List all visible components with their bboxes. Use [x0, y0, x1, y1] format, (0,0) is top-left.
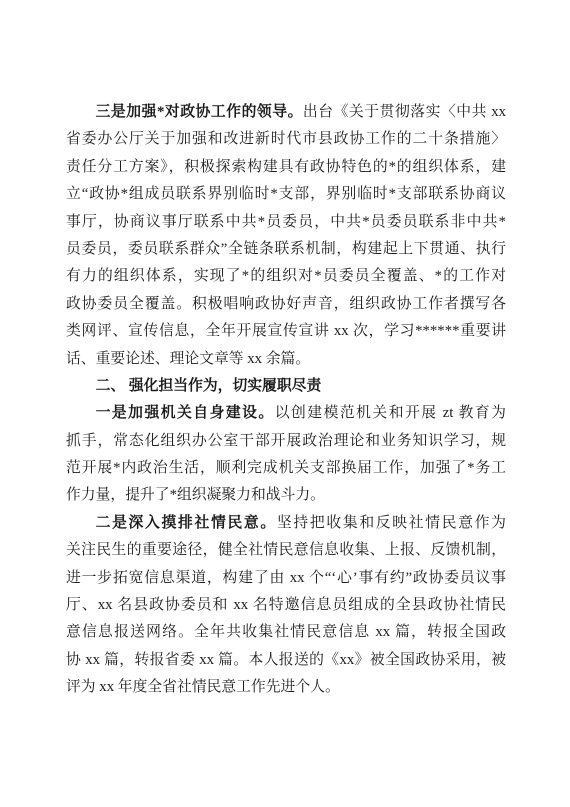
- text-line: 作力量，提升了*组织凝聚力和战斗力。: [66, 482, 506, 509]
- text-line: 事厅，协商议事厅联系中共*员委员，中共*员委员联系非中共*: [66, 209, 506, 236]
- lead-in-text: 三是加强*对政协工作的领导。: [96, 104, 303, 120]
- text-line: 抓手，常态化组织办公室干部开展政治理论和业务知识学习，规: [66, 428, 506, 455]
- lead-in-text: 二、 强化担当作为，切实履职尽责: [96, 378, 322, 394]
- document-page: 三是加强*对政协工作的领导。出台《关于贯彻落实〈中共 xx省委办公厅关于加强和改…: [0, 0, 570, 807]
- text-line: 范开展*内政治生活，顺利完成机关支部换届工作，加强了*务工: [66, 455, 506, 482]
- text-line: 类网评、宣传信息，全年开展宣传宣讲 xx 次，学习******重要讲: [66, 318, 506, 345]
- text-line: 评为 xx 年度全省社情民意工作先进个人。: [66, 674, 506, 701]
- body-text: 范开展*内政治生活，顺利完成机关支部换届工作，加强了*务工: [66, 460, 506, 476]
- text-line: 进一步拓宽信息渠道，构建了由 xx 个“‘心’事有约”政协委员议事: [66, 565, 506, 592]
- text-line: 协 xx 篇，转报省委 xx 篇。本人报送的《xx》被全国政协采用，被: [66, 647, 506, 674]
- text-line: 二是深入摸排社情民意。坚持把收集和反映社情民意作为: [66, 510, 506, 537]
- body-text: 责任分工方案》，积极探索构建具有政协特色的*的组织体系，建: [66, 159, 506, 175]
- body-text: 评为 xx 年度全省社情民意工作先进个人。: [66, 679, 340, 695]
- body-text: 作力量，提升了*组织凝聚力和战斗力。: [66, 487, 325, 503]
- body-text: 出台《关于贯彻落实〈中共 xx: [303, 104, 506, 120]
- body-text: 话、重要论述、理论文章等 xx 余篇。: [66, 351, 310, 367]
- text-line: 三是加强*对政协工作的领导。出台《关于贯彻落实〈中共 xx: [66, 99, 506, 126]
- body-text: 坚持把收集和反映社情民意作为: [277, 515, 506, 531]
- body-text: 协 xx 篇，转报省委 xx 篇。本人报送的《xx》被全国政协采用，被: [66, 652, 506, 668]
- text-line: 话、重要论述、理论文章等 xx 余篇。: [66, 346, 506, 373]
- body-text: 政协委员全覆盖。积极唱响政协好声音，组织政协工作者撰写各: [66, 296, 506, 312]
- text-line: 厅、xx 名县政协委员和 xx 名特邀信息员组成的全县政协社情民: [66, 592, 506, 619]
- body-text: 有力的组织体系，实现了*的组织对*员委员全覆盖、*的工作对: [66, 268, 506, 284]
- lead-in-text: 二是深入摸排社情民意。: [96, 515, 277, 531]
- text-line: 省委办公厅关于加强和改进新时代市县政协工作的二十条措施〉: [66, 126, 506, 153]
- text-line: 有力的组织体系，实现了*的组织对*员委员全覆盖、*的工作对: [66, 263, 506, 290]
- document-body: 三是加强*对政协工作的领导。出台《关于贯彻落实〈中共 xx省委办公厅关于加强和改…: [66, 99, 506, 702]
- section-heading: 二、 强化担当作为，切实履职尽责: [66, 373, 506, 400]
- body-text: 抓手，常态化组织办公室干部开展政治理论和业务知识学习，规: [66, 433, 506, 449]
- body-text: 员委员，委员联系群众”全链条联系机制，构建起上下贯通、执行: [66, 241, 506, 257]
- body-text: 厅、xx 名县政协委员和 xx 名特邀信息员组成的全县政协社情民: [66, 597, 506, 613]
- body-text: 立“政协*组成员联系界别临时*支部，界别临时*支部联系协商议: [66, 186, 506, 202]
- lead-in-text: 一是加强机关自身建设。: [96, 405, 275, 421]
- text-line: 员委员，委员联系群众”全链条联系机制，构建起上下贯通、执行: [66, 236, 506, 263]
- body-text: 意信息报送网络。全年共收集社情民意信息 xx 篇，转报全国政: [66, 624, 506, 640]
- body-text: 类网评、宣传信息，全年开展宣传宣讲 xx 次，学习******重要讲: [66, 323, 506, 339]
- text-line: 关注民生的重要途径，健全社情民意信息收集、上报、反馈机制，: [66, 537, 506, 564]
- text-line: 立“政协*组成员联系界别临时*支部，界别临时*支部联系协商议: [66, 181, 506, 208]
- body-text: 关注民生的重要途径，健全社情民意信息收集、上报、反馈机制，: [66, 542, 506, 558]
- text-line: 责任分工方案》，积极探索构建具有政协特色的*的组织体系，建: [66, 154, 506, 181]
- body-text: 省委办公厅关于加强和改进新时代市县政协工作的二十条措施〉: [66, 131, 506, 147]
- body-text: 进一步拓宽信息渠道，构建了由 xx 个“‘心’事有约”政协委员议事: [66, 570, 506, 586]
- text-line: 政协委员全覆盖。积极唱响政协好声音，组织政协工作者撰写各: [66, 291, 506, 318]
- text-line: 意信息报送网络。全年共收集社情民意信息 xx 篇，转报全国政: [66, 619, 506, 646]
- text-line: 一是加强机关自身建设。以创建模范机关和开展 zt 教育为: [66, 400, 506, 427]
- body-text: 以创建模范机关和开展 zt 教育为: [275, 405, 506, 421]
- body-text: 事厅，协商议事厅联系中共*员委员，中共*员委员联系非中共*: [66, 214, 506, 230]
